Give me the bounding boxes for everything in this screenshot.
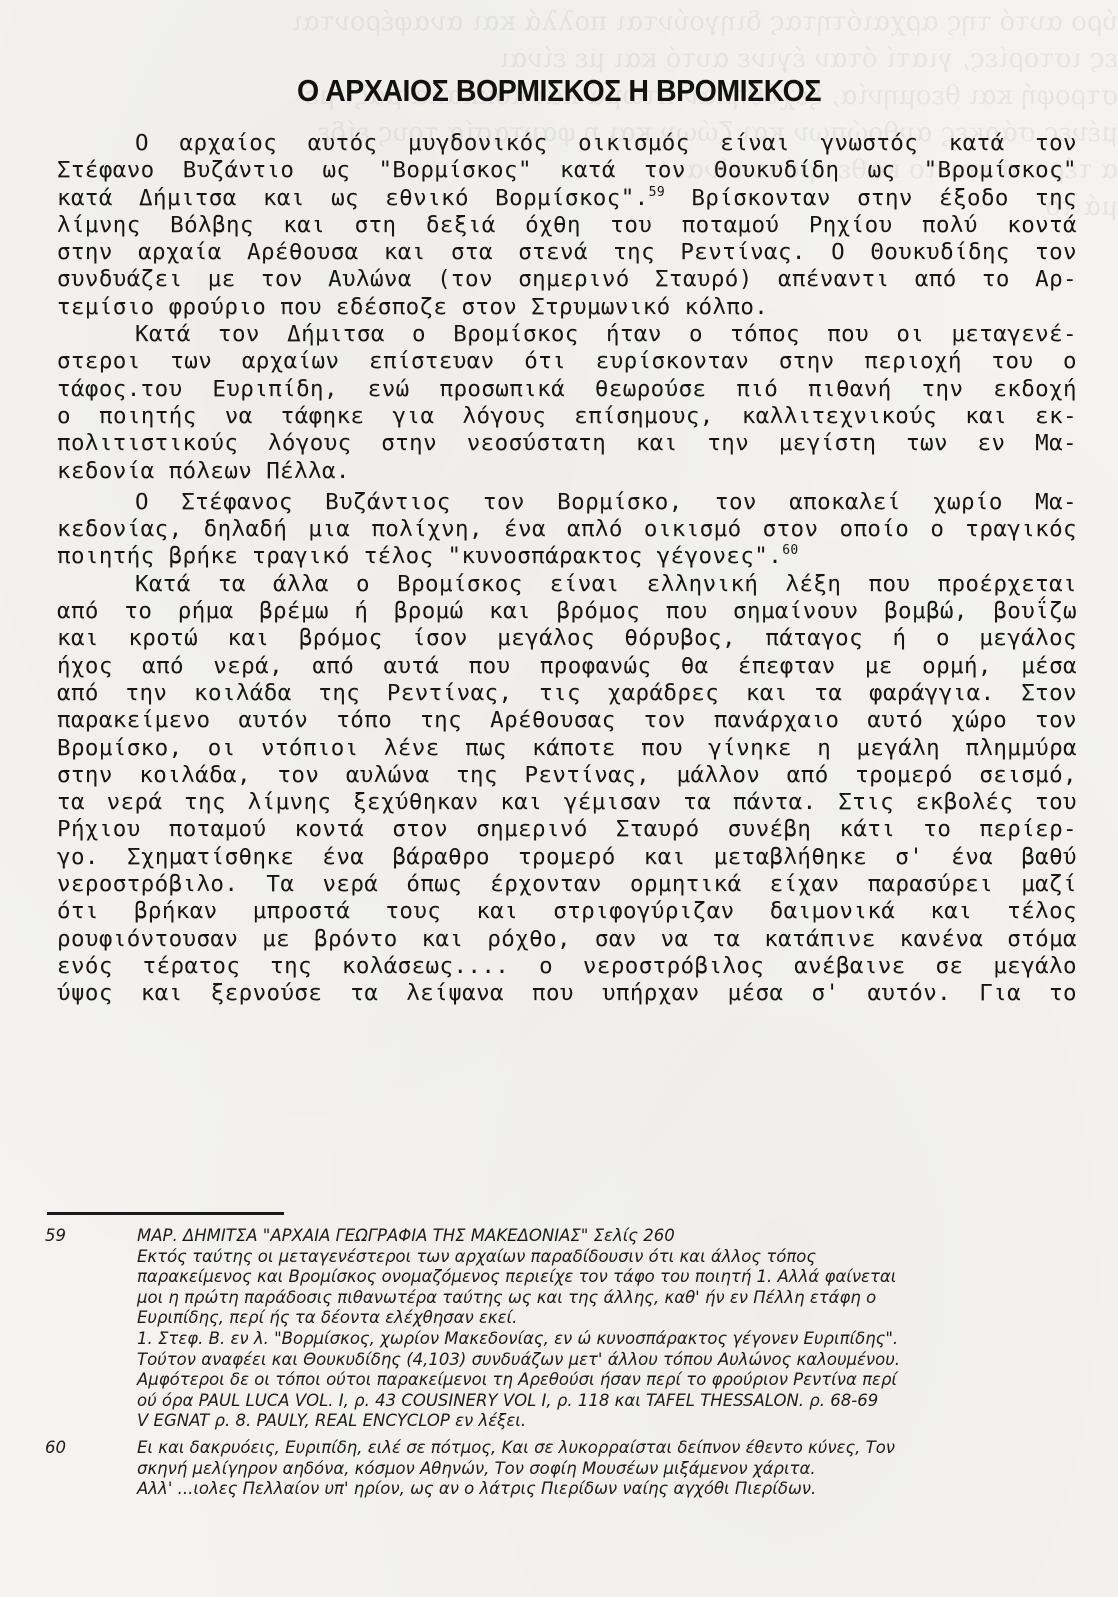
footnote-line: Εκτός ταύτης οι μεταγενέστεροι των αρχαί…: [137, 1247, 1065, 1268]
text-line: από το ρήμα βρέμω ή βρομώ και βρόμος που…: [57, 598, 1077, 625]
text-line: παρακείμενο αυτόν τόπο της Αρέθουσας τον…: [57, 707, 1077, 734]
footnote-line: 1. Στεφ. Β. εν λ. "Βορμίσκος, χωρίον Μακ…: [137, 1329, 1065, 1350]
text-line: στην αρχαία Αρέθουσα και στα στενά της Ρ…: [57, 239, 1077, 266]
footnote-line: Τούτον αναφέει και Θουκυδίδης (4,103) συ…: [137, 1350, 1065, 1371]
text-line: Ο αρχαίος αυτός μυγδονικός οικισμός είνα…: [57, 130, 1077, 157]
paragraph-2: Κατά τον Δήμιτσα ο Βρομίσκος ήταν ο τόπο…: [57, 321, 1077, 485]
body-text: Ο αρχαίος αυτός μυγδονικός οικισμός είνα…: [57, 130, 1077, 1008]
text-line: Ο Στέφανος Βυζάντιος τον Βορμίσκο, τον α…: [57, 489, 1077, 516]
text-fragment: κατά Δήμιτσα και ως εθνικό Βορμίσκος".: [57, 185, 649, 211]
paragraph-4: Κατά τα άλλα ο Βρομίσκος είναι ελληνική …: [57, 571, 1077, 1008]
text-line: τα νερά της λίμνης ξεχύθηκαν και γέμισαν…: [57, 789, 1077, 816]
text-line: ήχος από νερά, από αυτά που προφανώς θα …: [57, 653, 1077, 680]
text-line: ρουφιόντουσαν με βρόντο και ρόχθο, σαν ν…: [57, 926, 1077, 953]
text-line: ότι βρήκαν μπροστά τους και στριφογύριζα…: [57, 898, 1077, 925]
footnotes: 59 ΜΑΡ. ΔΗΜΙΤΣΑ "ΑΡΧΑΙΑ ΓΕΩΓΡΑΦΙΑ ΤΗΣ ΜΑ…: [45, 1226, 1065, 1500]
footnote-line: V EGNAT ρ. 8. PAULY, REAL ENCYCLOP εν λέ…: [137, 1411, 1065, 1432]
text-line: Ρήχιου ποταμού κοντά στον σημερινό Σταυρ…: [57, 816, 1077, 843]
footnote-line: Αμφότεροι δε οι τόποι ούτοι παρακείμενοι…: [137, 1370, 1065, 1391]
text-line: γο. Σχηματίσθηκε ένα βάραθρο τρομερό και…: [57, 844, 1077, 871]
footnote-line: παρακείμενος και Βρομίσκος ονομαζόμενος …: [137, 1267, 1065, 1288]
text-line: Βρομίσκο, οι ντόπιοι λένε πως κάποτε που…: [57, 735, 1077, 762]
footnote-ref-60[interactable]: 60: [782, 543, 798, 558]
footnote-line: σκηνή μελίγηρον αηδόνα, κόσμον Αθηνών, Τ…: [137, 1459, 1065, 1480]
footnote-number: 60: [45, 1438, 137, 1500]
footnote-line: ού όρα PAUL LUCA VOL. I, ρ. 43 COUSINERY…: [137, 1391, 1065, 1412]
text-line: ο ποιητής να τάφηκε για λόγους επίσημους…: [57, 403, 1077, 430]
page-title: Ο ΑΡΧΑΙΟΣ ΒΟΡΜΙΣΚΟΣ Η ΒΡΟΜΙΣΚΟΣ: [45, 73, 1074, 109]
text-fragment: Βρίσκονταν στην έξοδο της: [665, 185, 1077, 211]
paragraph-1: Ο αρχαίος αυτός μυγδονικός οικισμός είνα…: [57, 130, 1077, 321]
footnote-number: 59: [45, 1226, 137, 1432]
footnote-divider: [47, 1212, 284, 1215]
text-line: κεδονία πόλεων Πέλλα.: [57, 458, 1077, 485]
footnote-line: Ευριπίδης, περί ής τα δέοντα ελέχθησαν ε…: [137, 1308, 1065, 1329]
text-line: κεδονίας, δηλαδή μια πολίχνη, ένα απλό ο…: [57, 516, 1077, 543]
text-line: και κροτώ και βρόμος ίσον μεγάλος θόρυβο…: [57, 625, 1077, 652]
text-line: Κατά τον Δήμιτσα ο Βρομίσκος ήταν ο τόπο…: [57, 321, 1077, 348]
footnote-body: Ει και δακρυόεις, Ευριπίδη, ειλέ σε πότμ…: [137, 1438, 1065, 1500]
paragraph-3: Ο Στέφανος Βυζάντιος τον Βορμίσκο, τον α…: [57, 489, 1077, 571]
text-line: κατά Δήμιτσα και ως εθνικό Βορμίσκος".59…: [57, 185, 1077, 212]
scanned-page: ύρο αυτό της αρχαιότητας διηγούνται πολλ…: [0, 0, 1118, 1597]
text-line: από την κοιλάδα της Ρεντίνας, τις χαράδρ…: [57, 680, 1077, 707]
text-line: στην κοιλάδα, τον αυλώνα της Ρεντίνας, μ…: [57, 762, 1077, 789]
footnote-ref-59[interactable]: 59: [649, 185, 665, 200]
text-line: ποιητής βρήκε τραγικό τέλος "κυνοσπάρακτ…: [57, 543, 1077, 570]
footnote-60: 60 Ει και δακρυόεις, Ευριπίδη, ειλέ σε π…: [45, 1438, 1065, 1500]
footnote-59: 59 ΜΑΡ. ΔΗΜΙΤΣΑ "ΑΡΧΑΙΑ ΓΕΩΓΡΑΦΙΑ ΤΗΣ ΜΑ…: [45, 1226, 1065, 1432]
text-line: ύψος και ξερνούσε τα λείψανα που υπήρχαν…: [57, 980, 1077, 1007]
footnote-line: Αλλ' ...ιολες Πελλαίον υπ' ηρίον, ως αν …: [137, 1479, 1065, 1500]
text-line: Στέφανο Βυζάντιο ως "Βορμίσκος" κατά τον…: [57, 157, 1077, 184]
text-line: στεροι των αρχαίων επίστευαν ότι ευρίσκο…: [57, 348, 1077, 375]
footnote-body: ΜΑΡ. ΔΗΜΙΤΣΑ "ΑΡΧΑΙΑ ΓΕΩΓΡΑΦΙΑ ΤΗΣ ΜΑΚΕΔ…: [137, 1226, 1065, 1432]
text-line: Κατά τα άλλα ο Βρομίσκος είναι ελληνική …: [57, 571, 1077, 598]
text-line: τάφος.του Ευριπίδη, ενώ προσωπικά θεωρού…: [57, 376, 1077, 403]
footnote-line: μοι η πρώτη παράδοσις πιθανωτέρα ταύτης …: [137, 1288, 1065, 1309]
text-line: λίμνης Βόλβης και στη δεξιά όχθη του ποτ…: [57, 212, 1077, 239]
text-line: πολιτιστικούς λόγους στην νεοσύστατη και…: [57, 430, 1077, 457]
footnote-line: Ει και δακρυόεις, Ευριπίδη, ειλέ σε πότμ…: [137, 1438, 1065, 1459]
text-line: συνδυάζει με τον Αυλώνα (τον σημερινό Στ…: [57, 266, 1077, 293]
text-fragment: ποιητής βρήκε τραγικό τέλος "κυνοσπάρακτ…: [57, 543, 782, 569]
text-line: νεροστρόβιλο. Τα νερά όπως έρχονταν ορμη…: [57, 871, 1077, 898]
text-line: τεμίσιο φρούριο που εδέσποζε στον Στρυμω…: [57, 294, 1077, 321]
footnote-line: ΜΑΡ. ΔΗΜΙΤΣΑ "ΑΡΧΑΙΑ ΓΕΩΓΡΑΦΙΑ ΤΗΣ ΜΑΚΕΔ…: [137, 1226, 1065, 1247]
text-line: ενός τέρατος της κολάσεως.... ο νεροστρό…: [57, 953, 1077, 980]
